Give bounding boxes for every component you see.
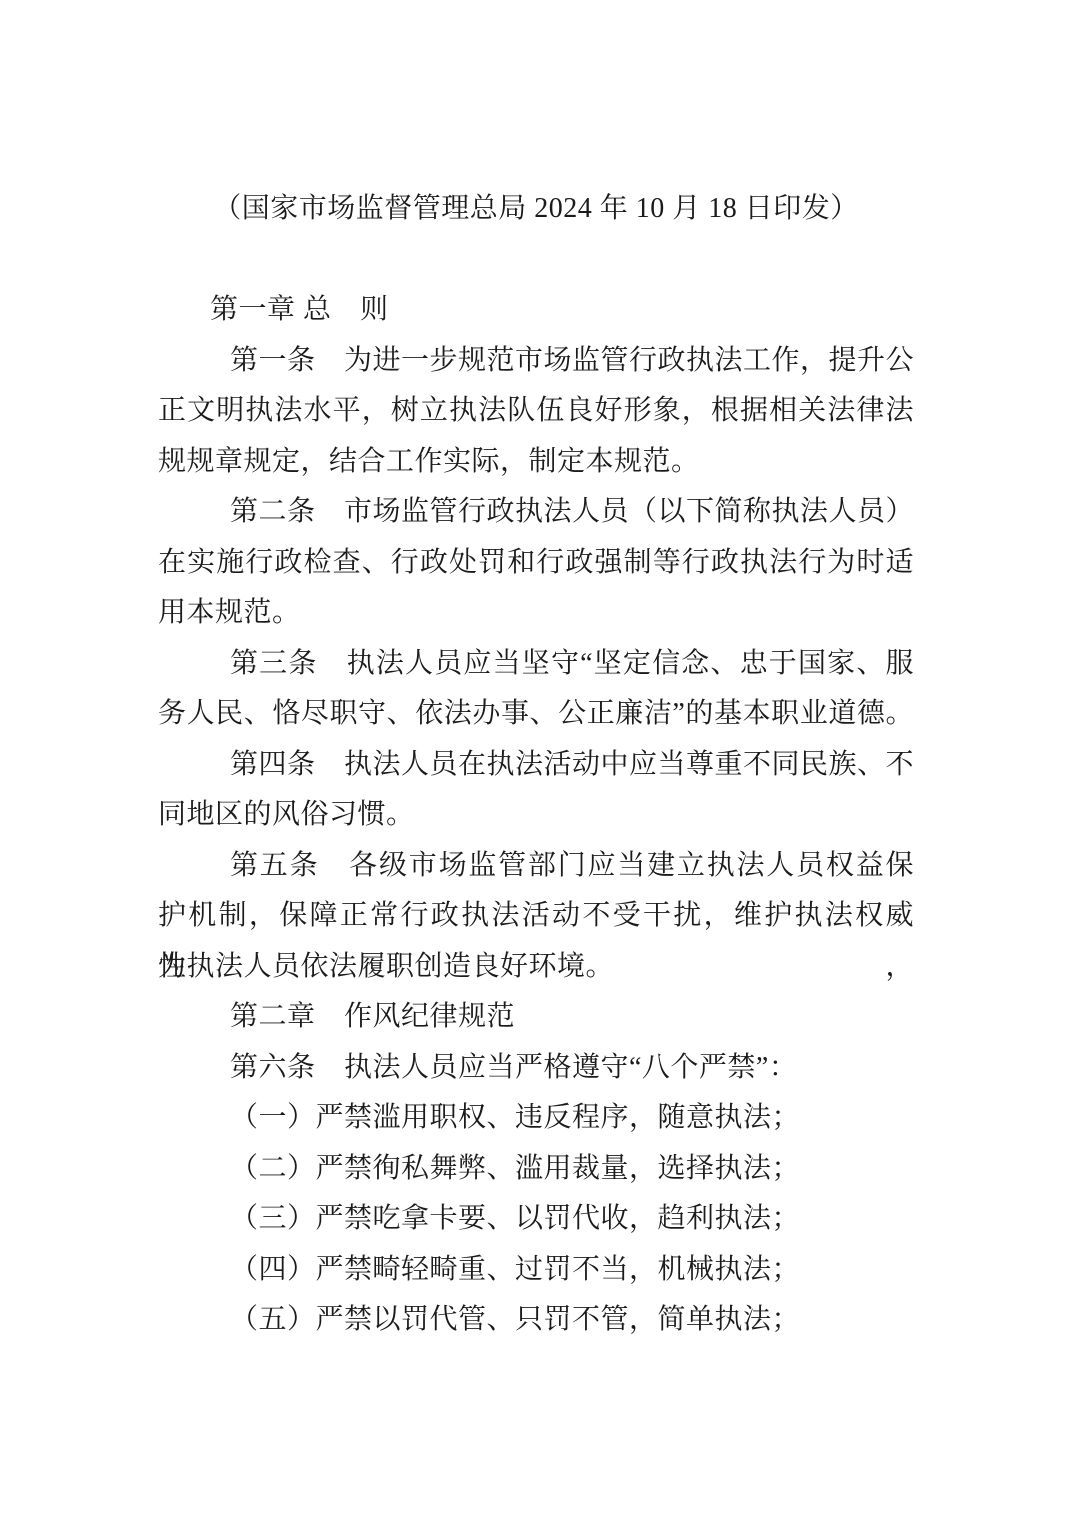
article-4-line-1: 第四条 执法人员在执法活动中应当尊重不同民族、不 [158, 740, 914, 791]
chapter-2-heading: 第二章 作风纪律规范 [158, 992, 914, 1043]
document-page: （国家市场监督管理总局 2024 年 10 月 18 日印发） 第一章 总 则 … [0, 0, 1074, 1520]
article-5-line-2: 护机制，保障正常行政执法活动不受干扰，维护执法权威性， [158, 891, 914, 942]
spacer-line [158, 235, 914, 286]
article-5-line-1: 第五条 各级市场监管部门应当建立执法人员权益保 [158, 841, 914, 892]
chapter-1-heading: 第一章 总 则 [158, 285, 914, 336]
article-3-line-1: 第三条 执法人员应当坚守“坚定信念、忠于国家、服 [158, 639, 914, 690]
list-item-5: （五）严禁以罚代管、只罚不管，简单执法； [158, 1295, 914, 1346]
list-item-1: （一）严禁滥用职权、违反程序，随意执法； [158, 1093, 914, 1144]
document-body: （国家市场监督管理总局 2024 年 10 月 18 日印发） 第一章 总 则 … [158, 184, 914, 1346]
article-2-line-3: 用本规范。 [158, 588, 914, 639]
article-1-line-2: 正文明执法水平，树立执法队伍良好形象，根据相关法律法 [158, 386, 914, 437]
article-1-line-3: 规规章规定，结合工作实际，制定本规范。 [158, 437, 914, 488]
article-1-line-1: 第一条 为进一步规范市场监管行政执法工作，提升公 [158, 336, 914, 387]
issued-note: （国家市场监督管理总局 2024 年 10 月 18 日印发） [158, 184, 914, 235]
article-6-line-1: 第六条 执法人员应当严格遵守“八个严禁”： [158, 1043, 914, 1094]
list-item-2: （二）严禁徇私舞弊、滥用裁量，选择执法； [158, 1144, 914, 1195]
article-4-line-2: 同地区的风俗习惯。 [158, 790, 914, 841]
article-2-line-1: 第二条 市场监管行政执法人员（以下简称执法人员） [158, 487, 914, 538]
article-3-line-2: 务人民、恪尽职守、依法办事、公正廉洁”的基本职业道德。 [158, 689, 914, 740]
article-2-line-2: 在实施行政检查、行政处罚和行政强制等行政执法行为时适 [158, 538, 914, 589]
list-item-3: （三）严禁吃拿卡要、以罚代收，趋利执法； [158, 1194, 914, 1245]
list-item-4: （四）严禁畸轻畸重、过罚不当，机械执法； [158, 1245, 914, 1296]
